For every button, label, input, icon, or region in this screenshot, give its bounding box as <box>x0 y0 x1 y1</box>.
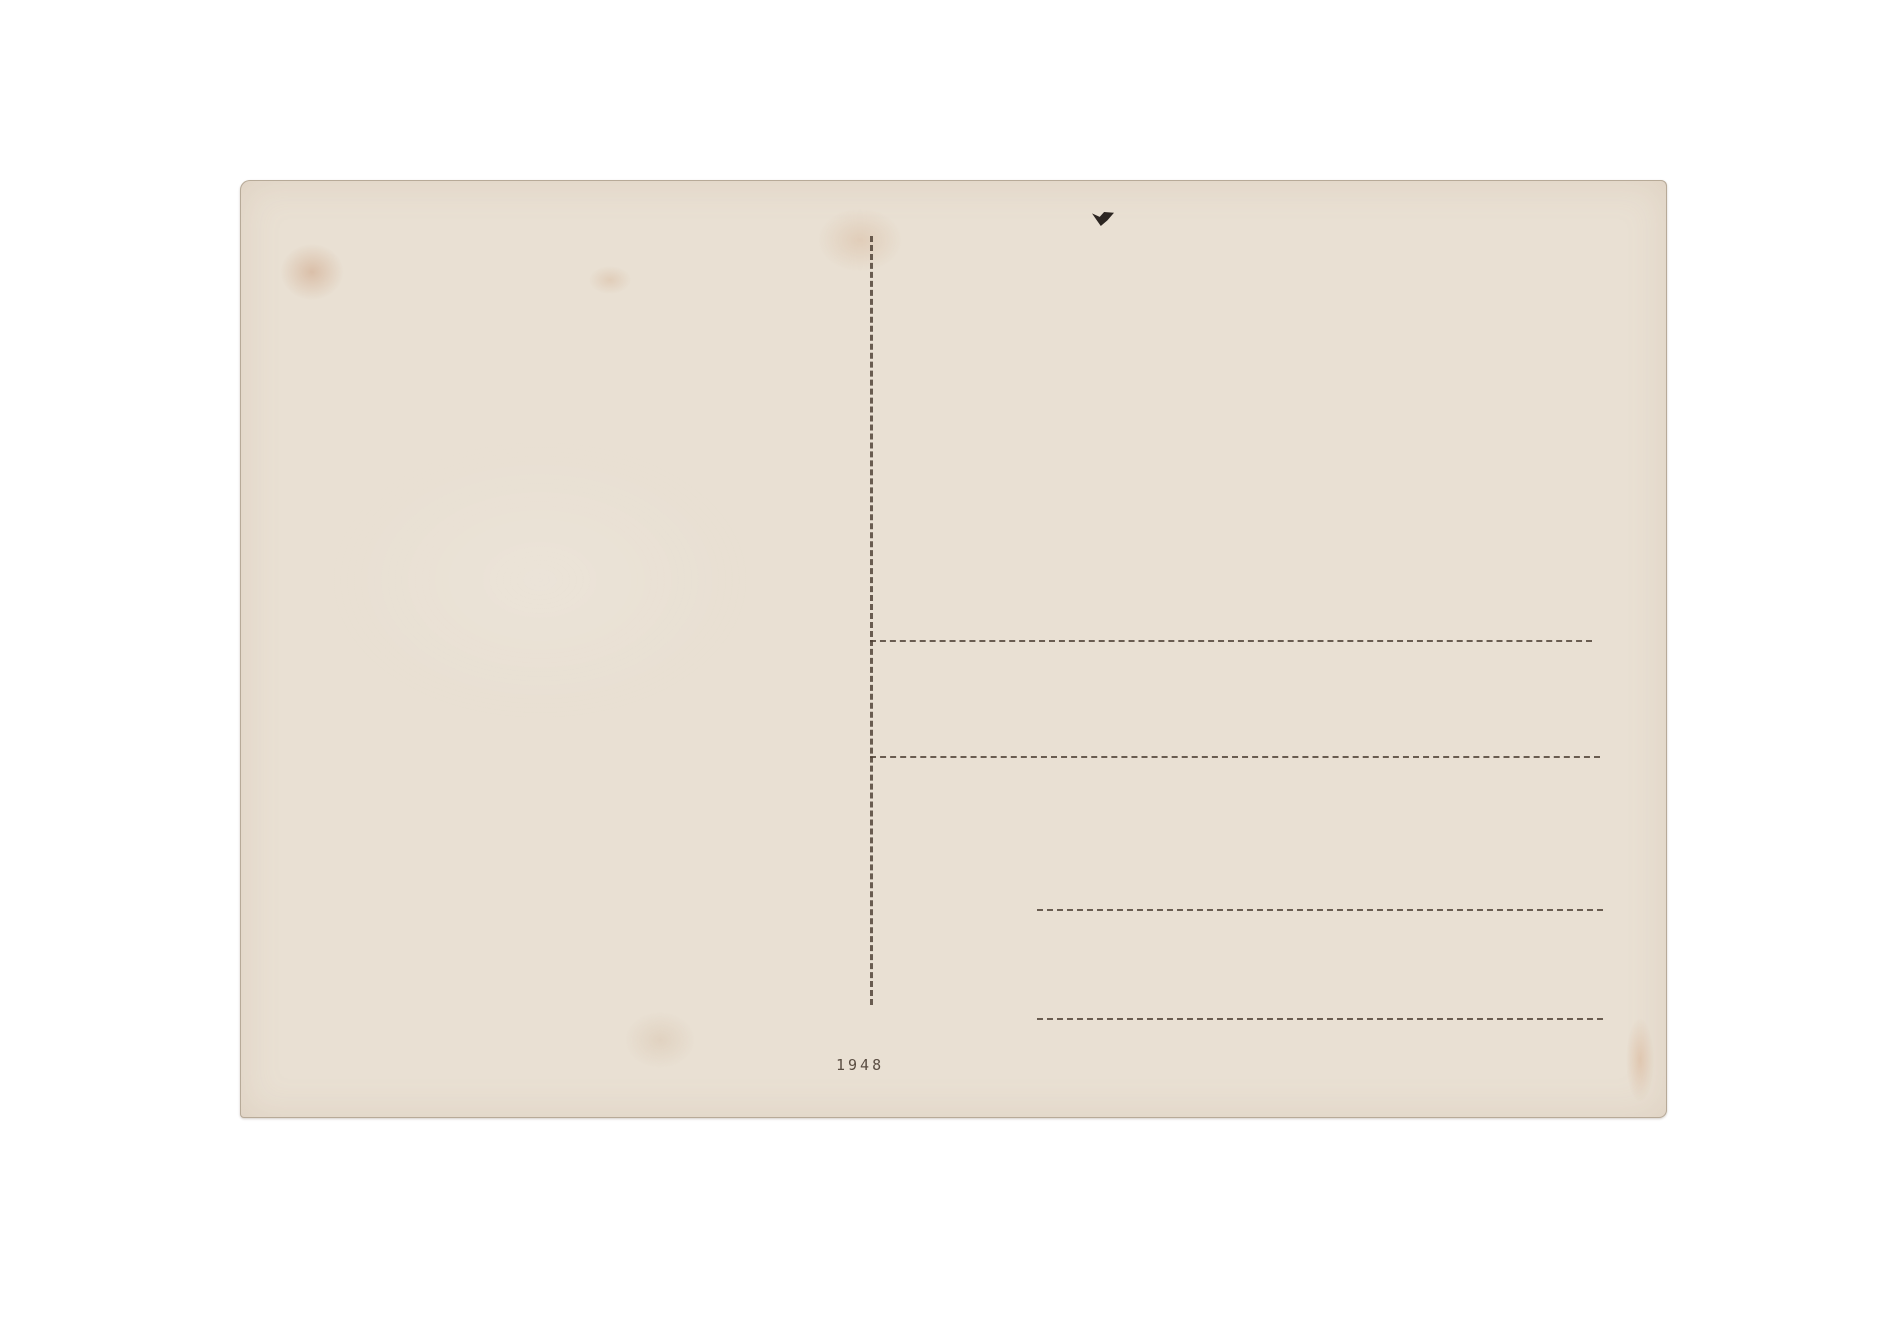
address-line-2 <box>870 756 1600 758</box>
printed-number: 1948 <box>836 1056 884 1074</box>
address-line-3 <box>1037 909 1603 911</box>
divider-line <box>870 236 873 1005</box>
ink-blot <box>1092 212 1114 226</box>
postcard-back: 1948 <box>240 180 1667 1118</box>
address-line-1 <box>870 640 1592 642</box>
address-line-4 <box>1037 1018 1603 1020</box>
